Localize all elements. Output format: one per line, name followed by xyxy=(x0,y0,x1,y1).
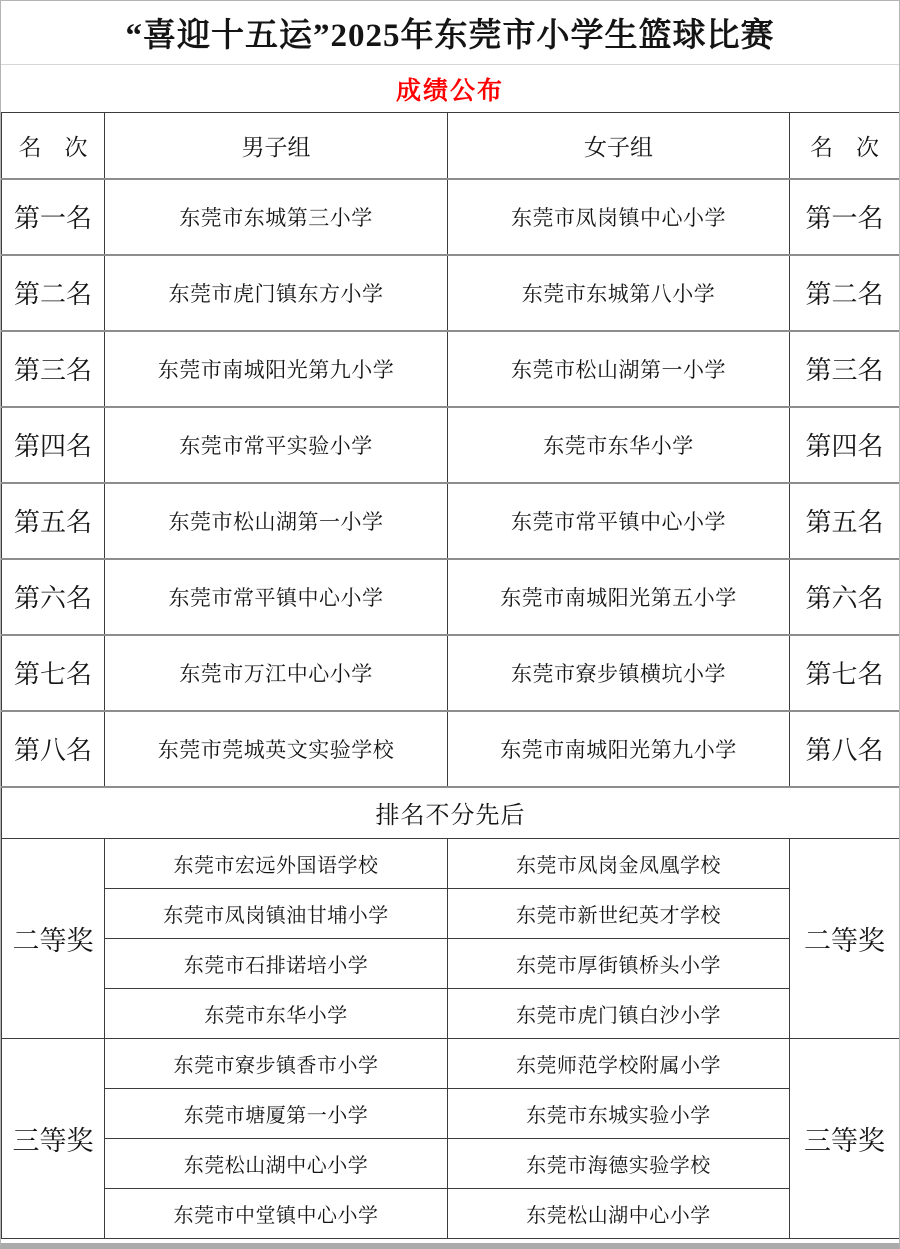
boys-school-cell: 东莞市虎门镇东方小学 xyxy=(105,255,448,331)
boys-school-cell: 东莞市东华小学 xyxy=(105,989,448,1039)
boys-school-cell: 东莞市宏远外国语学校 xyxy=(105,839,448,889)
girls-school-cell: 东莞市南城阳光第五小学 xyxy=(448,559,790,635)
girls-school-cell: 东莞市凤岗镇中心小学 xyxy=(448,179,790,255)
award-label-left: 三等奖 xyxy=(2,1039,105,1239)
boys-school-cell: 东莞松山湖中心小学 xyxy=(105,1139,448,1189)
rank-cell-right: 第六名 xyxy=(790,559,900,635)
girls-school-cell: 东莞市凤岗金凤凰学校 xyxy=(448,839,790,889)
subtitle-bar: 成绩公布 xyxy=(1,65,899,112)
award-label-right: 二等奖 xyxy=(790,839,900,1039)
page-title: “喜迎十五运”2025年东莞市小学生篮球比赛 xyxy=(126,9,775,56)
results-table: 名 次 男子组 女子组 名 次 第一名 东莞市东城第三小学 东莞市凤岗镇中心小学… xyxy=(1,112,900,1239)
rank-cell-left: 第七名 xyxy=(2,635,105,711)
results-subtitle: 成绩公布 xyxy=(396,71,504,107)
boys-school-cell: 东莞市常平实验小学 xyxy=(105,407,448,483)
boys-school-cell: 东莞市中堂镇中心小学 xyxy=(105,1189,448,1239)
boys-school-cell: 东莞市松山湖第一小学 xyxy=(105,483,448,559)
boys-school-cell: 东莞市塘厦第一小学 xyxy=(105,1089,448,1139)
table-row: 第七名 东莞市万江中心小学 东莞市寮步镇横坑小学 第七名 xyxy=(2,635,900,711)
table-row: 二等奖 东莞市宏远外国语学校 东莞市凤岗金凤凰学校 二等奖 xyxy=(2,839,900,889)
boys-school-cell: 东莞市石排诺培小学 xyxy=(105,939,448,989)
boys-school-cell: 东莞市常平镇中心小学 xyxy=(105,559,448,635)
girls-school-cell: 东莞市海德实验学校 xyxy=(448,1139,790,1189)
rank-cell-left: 第二名 xyxy=(2,255,105,331)
table-row: 东莞市塘厦第一小学 东莞市东城实验小学 xyxy=(2,1089,900,1139)
rank-cell-left: 第一名 xyxy=(2,179,105,255)
girls-school-cell: 东莞市虎门镇白沙小学 xyxy=(448,989,790,1039)
table-row: 第五名 东莞市松山湖第一小学 东莞市常平镇中心小学 第五名 xyxy=(2,483,900,559)
rank-cell-right: 第一名 xyxy=(790,179,900,255)
boys-school-cell: 东莞市莞城英文实验学校 xyxy=(105,711,448,787)
table-row: 第一名 东莞市东城第三小学 东莞市凤岗镇中心小学 第一名 xyxy=(2,179,900,255)
boys-school-cell: 东莞市凤岗镇油甘埔小学 xyxy=(105,889,448,939)
girls-school-cell: 东莞松山湖中心小学 xyxy=(448,1189,790,1239)
table-row: 东莞市中堂镇中心小学 东莞松山湖中心小学 xyxy=(2,1189,900,1239)
rank-cell-left: 第四名 xyxy=(2,407,105,483)
boys-school-cell: 东莞市东城第三小学 xyxy=(105,179,448,255)
table-row: 第八名 东莞市莞城英文实验学校 东莞市南城阳光第九小学 第八名 xyxy=(2,711,900,787)
title-bar: “喜迎十五运”2025年东莞市小学生篮球比赛 xyxy=(1,1,899,65)
rank-cell-left: 第五名 xyxy=(2,483,105,559)
table-row: 三等奖 东莞市寮步镇香市小学 东莞师范学校附属小学 三等奖 xyxy=(2,1039,900,1089)
rank-cell-right: 第三名 xyxy=(790,331,900,407)
girls-school-cell: 东莞市东城第八小学 xyxy=(448,255,790,331)
boys-group-header: 男子组 xyxy=(105,113,448,179)
note-cell: 排名不分先后 xyxy=(2,787,900,839)
results-page: “喜迎十五运”2025年东莞市小学生篮球比赛 成绩公布 名 次 男子组 女子组 … xyxy=(0,0,900,1249)
table-row: 第六名 东莞市常平镇中心小学 东莞市南城阳光第五小学 第六名 xyxy=(2,559,900,635)
rank-cell-right: 第四名 xyxy=(790,407,900,483)
rank-cell-left: 第六名 xyxy=(2,559,105,635)
rank-header-right: 名 次 xyxy=(790,113,900,179)
boys-school-cell: 东莞市万江中心小学 xyxy=(105,635,448,711)
girls-school-cell: 东莞市松山湖第一小学 xyxy=(448,331,790,407)
table-row: 东莞松山湖中心小学 东莞市海德实验学校 xyxy=(2,1139,900,1189)
table-row: 东莞市凤岗镇油甘埔小学 东莞市新世纪英才学校 xyxy=(2,889,900,939)
note-row: 排名不分先后 xyxy=(2,787,900,839)
rank-cell-right: 第八名 xyxy=(790,711,900,787)
girls-school-cell: 东莞市常平镇中心小学 xyxy=(448,483,790,559)
rank-cell-right: 第五名 xyxy=(790,483,900,559)
girls-school-cell: 东莞师范学校附属小学 xyxy=(448,1039,790,1089)
boys-school-cell: 东莞市南城阳光第九小学 xyxy=(105,331,448,407)
rank-cell-right: 第七名 xyxy=(790,635,900,711)
rank-cell-left: 第八名 xyxy=(2,711,105,787)
boys-school-cell: 东莞市寮步镇香市小学 xyxy=(105,1039,448,1089)
table-row: 第三名 东莞市南城阳光第九小学 东莞市松山湖第一小学 第三名 xyxy=(2,331,900,407)
girls-school-cell: 东莞市新世纪英才学校 xyxy=(448,889,790,939)
award-label-left: 二等奖 xyxy=(2,839,105,1039)
girls-group-header: 女子组 xyxy=(448,113,790,179)
rank-cell-right: 第二名 xyxy=(790,255,900,331)
rank-header-left: 名 次 xyxy=(2,113,105,179)
rank-cell-left: 第三名 xyxy=(2,331,105,407)
girls-school-cell: 东莞市东城实验小学 xyxy=(448,1089,790,1139)
table-row: 东莞市东华小学 东莞市虎门镇白沙小学 xyxy=(2,989,900,1039)
girls-school-cell: 东莞市东华小学 xyxy=(448,407,790,483)
girls-school-cell: 东莞市寮步镇横坑小学 xyxy=(448,635,790,711)
table-row: 第二名 东莞市虎门镇东方小学 东莞市东城第八小学 第二名 xyxy=(2,255,900,331)
girls-school-cell: 东莞市南城阳光第九小学 xyxy=(448,711,790,787)
table-row: 东莞市石排诺培小学 东莞市厚街镇桥头小学 xyxy=(2,939,900,989)
girls-school-cell: 东莞市厚街镇桥头小学 xyxy=(448,939,790,989)
award-label-right: 三等奖 xyxy=(790,1039,900,1239)
table-row: 第四名 东莞市常平实验小学 东莞市东华小学 第四名 xyxy=(2,407,900,483)
table-header-row: 名 次 男子组 女子组 名 次 xyxy=(2,113,900,179)
